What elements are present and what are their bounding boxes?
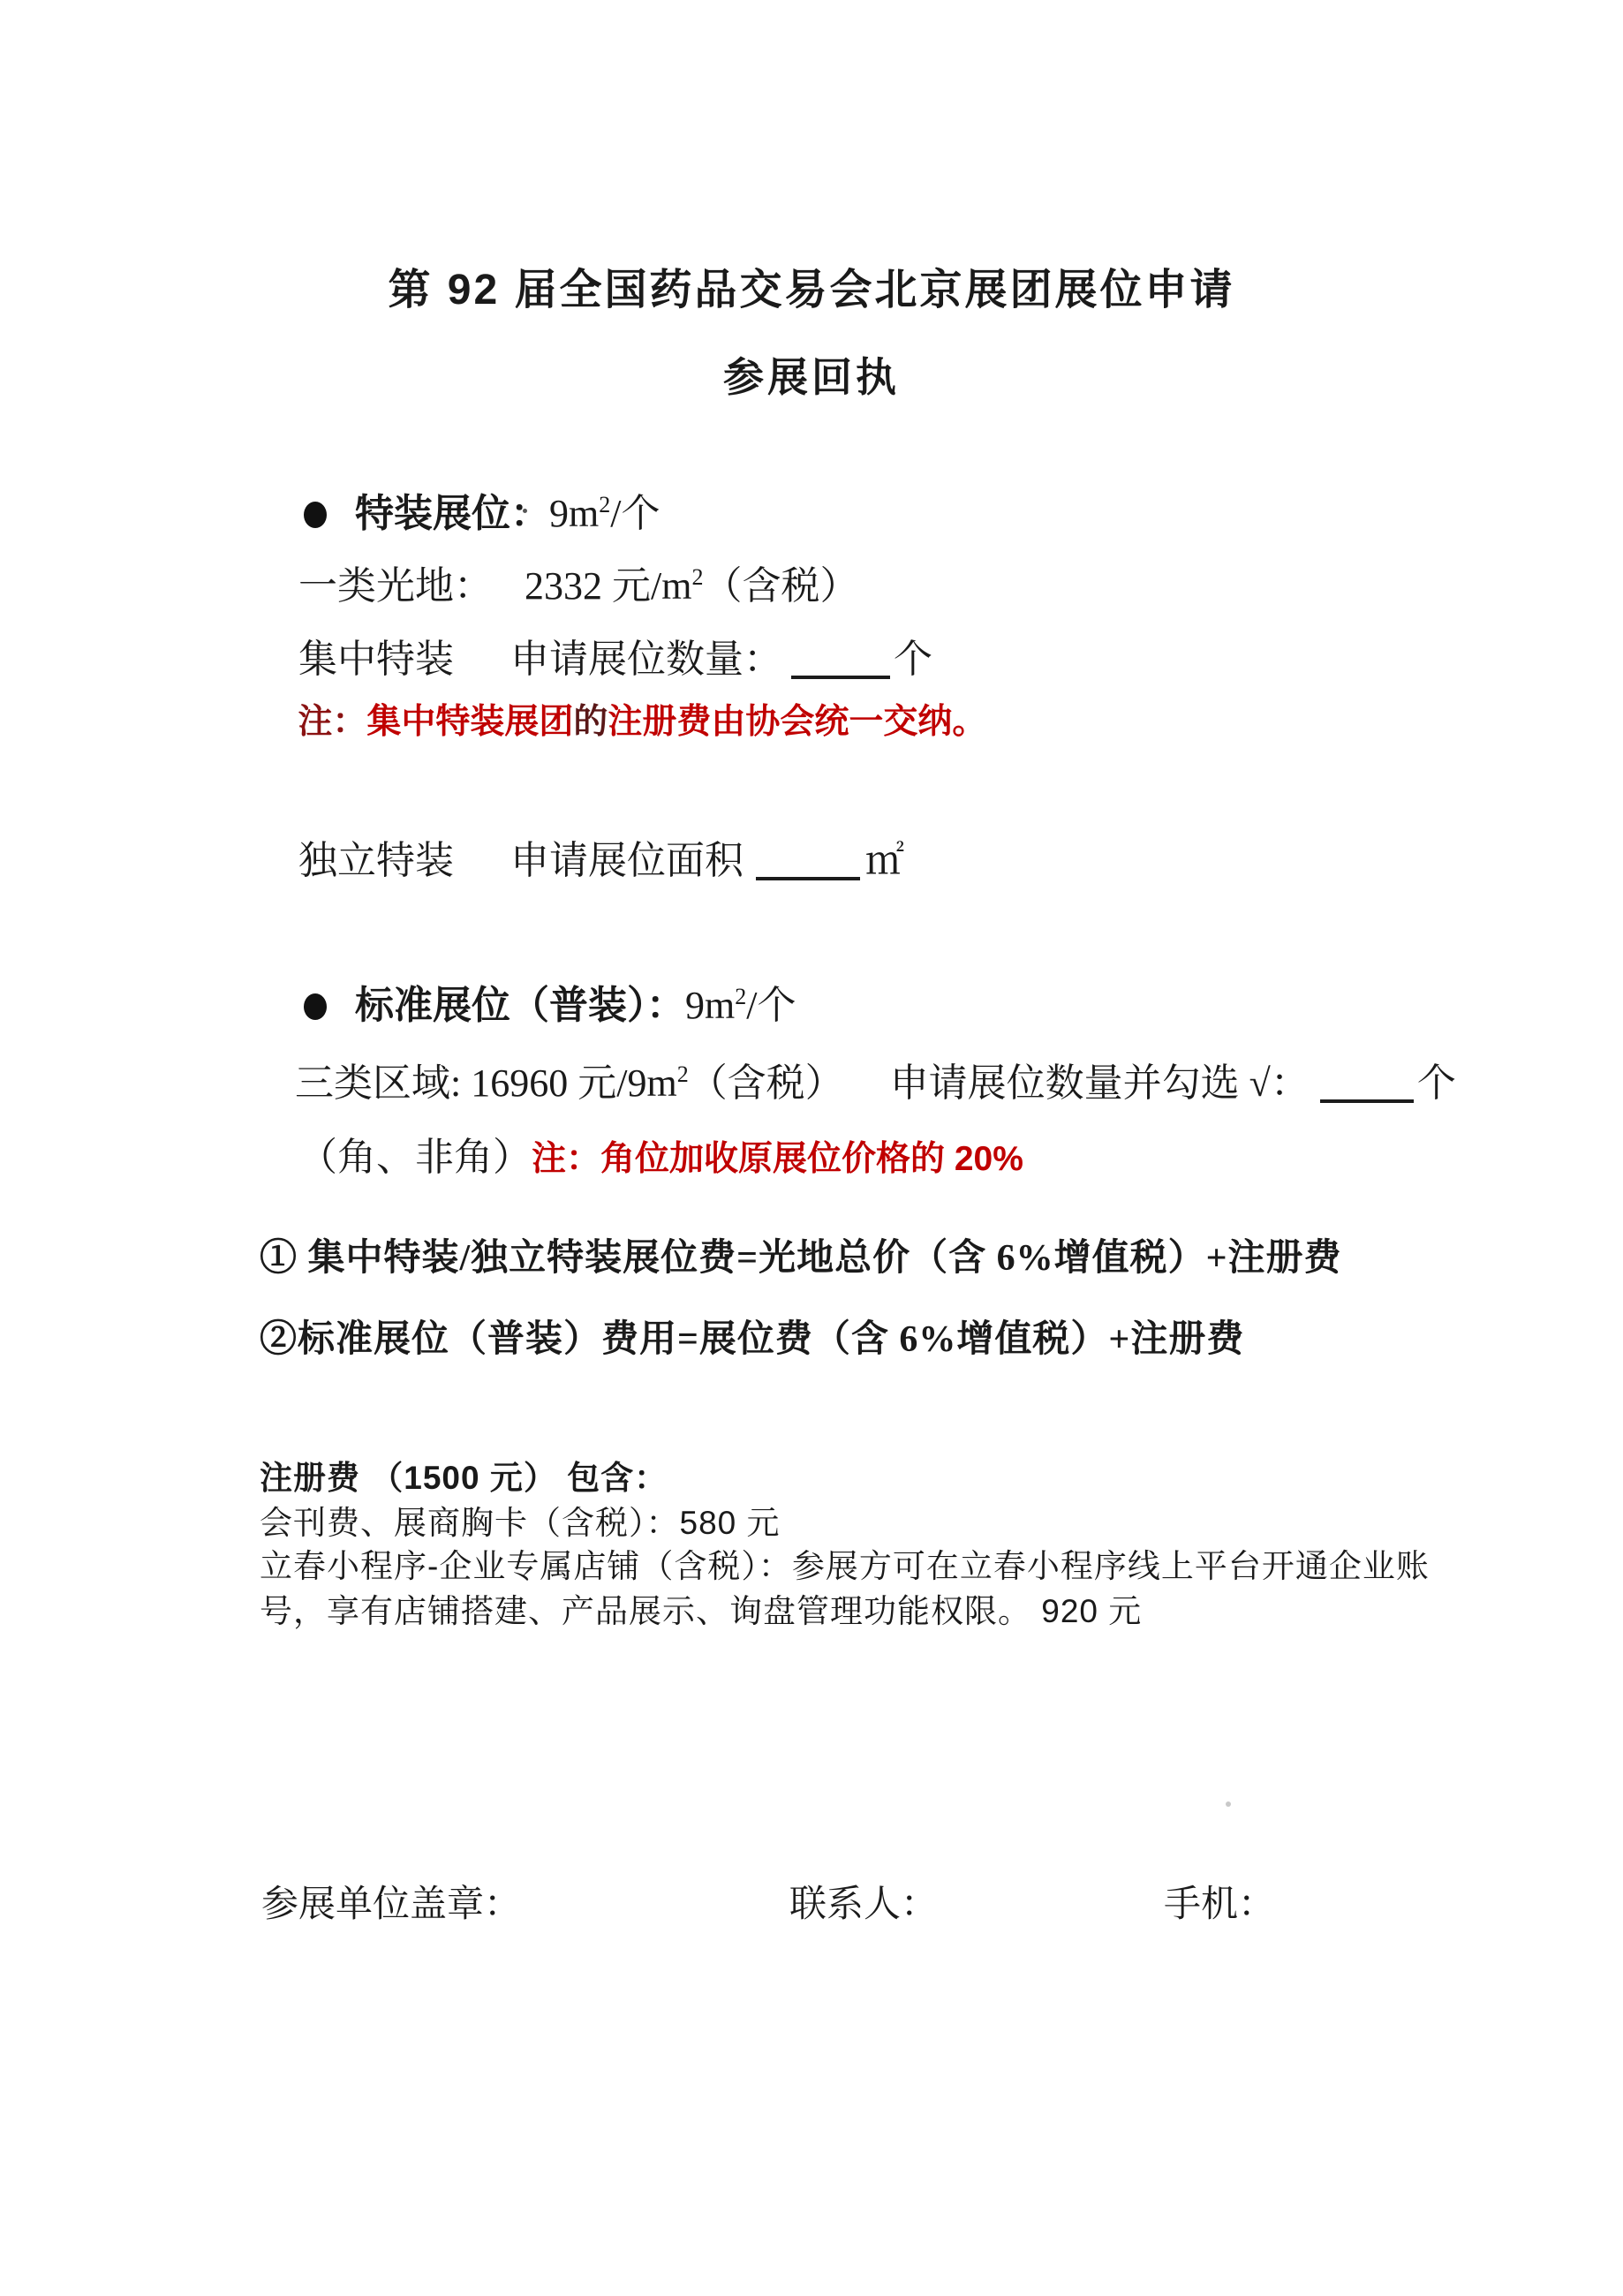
standard-qty-unit: 个: [1417, 1061, 1456, 1105]
corner-note-line: （角、非角）注：角位加收原展位价格的 20%: [260, 1088, 1023, 1227]
registration-line-2: 立春小程序-企业专属店铺（含税）：参展方可在立春小程序线上平台开通企业账: [260, 1547, 1430, 1586]
standard-qty-blank: [1320, 1066, 1414, 1103]
standard-booth-size-sup: 2: [735, 984, 746, 1009]
independent-area-line: 独立特装申请展位面积㎡: [260, 791, 904, 931]
formula-line-2: ②标准展位（普装）费用=展位费（含 6%增值税）+注册费: [260, 1318, 1244, 1362]
contact-label: 联系人：: [789, 1883, 938, 1927]
corner-label: （角、非角）: [298, 1136, 532, 1179]
independent-group-label: 独立特装: [298, 839, 454, 882]
note-seg3: 注册费由协会统一交纳。: [608, 703, 986, 741]
scan-speck-icon: [1226, 1801, 1231, 1807]
registration-line-1: 会刊费、展商胸卡（含税）：580 元: [260, 1504, 781, 1543]
page-subtitle: 参展回执: [0, 353, 1623, 402]
independent-area-unit: ㎡: [865, 839, 904, 882]
page-title: 第 92 届全国药品交易会北京展团展位申请: [0, 265, 1623, 316]
concentrated-note-line: 注：集中特装展团的注册费由协会统一交纳。: [260, 661, 986, 784]
independent-area-blank: [756, 843, 860, 880]
class1-price-sup: 2: [691, 564, 703, 590]
formula-line-1: ① 集中特装/独立特装展位费=光地总价（含 6%增值税）+注册费: [260, 1236, 1342, 1280]
stamp-label: 参展单位盖章：: [261, 1883, 521, 1927]
special-booth-size-sup: 2: [599, 492, 610, 517]
corner-note-text: 角位加收原展位价格的 20%: [600, 1140, 1023, 1178]
note-seg1: 集中特装展团: [366, 703, 573, 741]
document-page: 第 92 届全国药品交易会北京展团展位申请 参展回执 特装展位：9m2/个 一类…: [0, 0, 1623, 2296]
mobile-label: 手机：: [1164, 1883, 1275, 1927]
class3-price-sup: 2: [677, 1061, 689, 1087]
note-prefix: 注：: [298, 703, 366, 741]
note-seg2: 的: [573, 703, 608, 741]
corner-note-prefix: 注：: [532, 1140, 600, 1178]
registration-heading: 注册费 （1500 元） 包含：: [260, 1459, 668, 1498]
registration-line-3: 号，享有店铺搭建、产品展示、询盘管理功能权限。 920 元: [260, 1592, 1142, 1631]
independent-area-label: 申请展位面积: [510, 839, 744, 882]
scan-speck-icon: [523, 509, 527, 513]
